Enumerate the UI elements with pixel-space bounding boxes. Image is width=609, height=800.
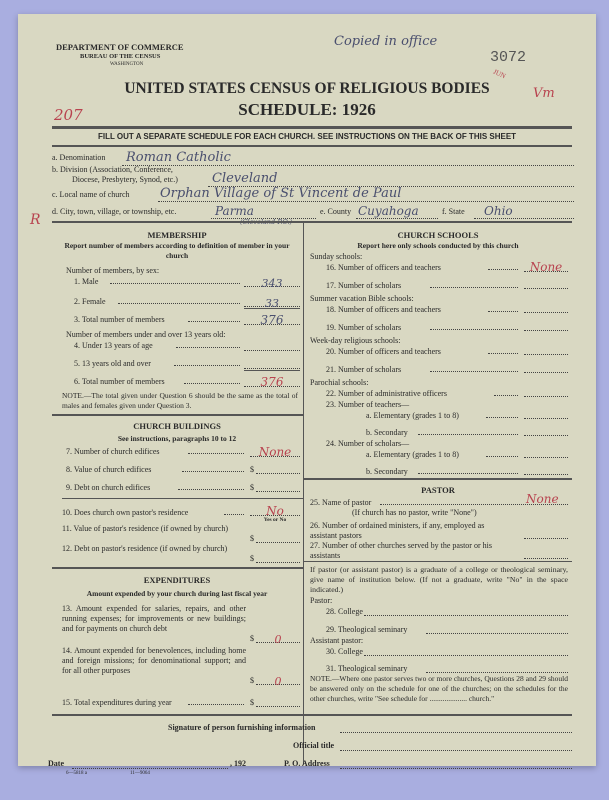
state-field[interactable]: Ohio: [474, 207, 574, 219]
q9-field[interactable]: [256, 481, 300, 492]
q17-field[interactable]: [524, 278, 568, 289]
q6-field[interactable]: 376: [244, 373, 300, 387]
q2-field[interactable]: 33: [244, 294, 300, 307]
po-address-field[interactable]: [340, 758, 572, 769]
signature-field[interactable]: [340, 722, 572, 733]
weekday-schools-label: Week-day religious schools:: [310, 336, 400, 346]
q5-field[interactable]: [244, 356, 300, 369]
q27-label: 27. Number of other churches served by t…: [310, 541, 510, 561]
q7-value: None: [259, 445, 292, 459]
q1-leader: [110, 283, 240, 284]
q14-label: 14. Amount expended for benevolences, in…: [62, 646, 246, 676]
sum-line: [244, 308, 300, 309]
q19-field[interactable]: [524, 320, 568, 331]
buildings-title: CHURCH BUILDINGS: [52, 421, 302, 431]
q30-field[interactable]: [364, 645, 568, 656]
form-code-2: 11—9064: [130, 771, 150, 776]
q28-label: 28. College: [326, 607, 363, 617]
yes-or-no-hint: Yes or No: [250, 517, 300, 523]
by-age-label: Number of members under and over 13 year…: [66, 330, 226, 340]
q12-field[interactable]: [256, 552, 300, 563]
q23a-leader: [486, 417, 518, 418]
census-schedule-sheet: DEPARTMENT OF COMMERCE BUREAU OF THE CEN…: [18, 14, 596, 766]
header-rule: [52, 126, 572, 129]
column-divider: [303, 223, 304, 765]
q2-label: 2. Female: [74, 297, 106, 307]
schools-desc: Report here only schools conducted by th…: [308, 241, 568, 250]
q4-label: 4. Under 13 years of age: [74, 341, 153, 351]
q18-label: 18. Number of officers and teachers: [326, 305, 441, 315]
q17-label: 17. Number of scholars: [326, 281, 401, 291]
q9-dollar: $: [250, 483, 254, 493]
q31-label: 31. Theological seminary: [326, 664, 407, 674]
division-label-1: b. Division (Association, Conference,: [52, 165, 173, 175]
q4-leader: [176, 347, 240, 348]
bureau-heading: BUREAU OF THE CENSUS: [80, 53, 160, 60]
q2-leader: [118, 303, 240, 304]
church-name-value: Orphan Village of St Vincent de Paul: [160, 186, 401, 201]
q1-label: 1. Male: [74, 277, 98, 287]
q16-leader: [488, 269, 518, 270]
q1-field[interactable]: 343: [244, 274, 300, 287]
q27-field[interactable]: [524, 548, 568, 559]
q24a-field[interactable]: [524, 447, 568, 458]
q6-value: 376: [261, 375, 284, 389]
q16-label: 16. Number of officers and teachers: [326, 263, 441, 273]
q26-label: 26. Number of ordained ministers, if any…: [310, 521, 510, 541]
denomination-value: Roman Catholic: [126, 150, 231, 165]
q13-value: 0: [275, 633, 282, 646]
q24b-label: b. Secondary: [366, 467, 408, 477]
by-sex-label: Number of members, by sex:: [66, 266, 159, 276]
red-r-mark: R: [30, 212, 41, 228]
signature-label: Signature of person furnishing informati…: [168, 723, 315, 733]
q1-value: 343: [262, 277, 283, 290]
q12-label: 12. Debt on pastor's residence (if owned…: [62, 544, 248, 554]
q22-label: 22. Number of administrative officers: [326, 389, 447, 399]
q9-leader: [178, 489, 244, 490]
q8-leader: [182, 471, 244, 472]
division-value: Cleveland: [212, 171, 277, 186]
buildings-desc: See instructions, paragraphs 10 to 12: [52, 434, 302, 443]
sum-line-2: [244, 370, 300, 371]
q20-leader: [488, 353, 518, 354]
pastor-note: NOTE.—Where one pastor serves two or mor…: [310, 674, 568, 704]
q10-value: No: [266, 504, 284, 518]
q20-label: 20. Number of officers and teachers: [326, 347, 441, 357]
dept-heading: DEPARTMENT OF COMMERCE: [56, 42, 184, 52]
red-mark-left: 207: [54, 106, 83, 124]
q26-field[interactable]: [524, 528, 568, 539]
q7-leader: [188, 453, 244, 454]
copied-in-office-annotation: Copied in office: [334, 34, 437, 49]
q8-label: 8. Value of church edifices: [66, 465, 151, 475]
q21-leader: [430, 371, 518, 372]
division-label-2: Diocese, Presbytery, Synod, etc.): [72, 175, 178, 185]
q6-label: 6. Total number of members: [74, 377, 165, 387]
county-field[interactable]: Cuyahoga: [356, 207, 438, 219]
q3-label: 3. Total number of members: [74, 315, 165, 325]
q13-label: 13. Amount expended for salaries, repair…: [62, 604, 246, 634]
assistant-pastor-label: Assistant pastor:: [310, 636, 363, 646]
q16-field[interactable]: None: [524, 258, 568, 272]
q15-dollar: $: [250, 698, 254, 708]
identity-rule: [52, 221, 572, 223]
date-year-prefix: , 192: [230, 759, 246, 769]
q30-label: 30. College: [326, 647, 363, 657]
q11-dollar: $: [250, 534, 254, 544]
q29-field[interactable]: [426, 623, 568, 634]
q24b-leader: [418, 473, 518, 474]
summer-schools-label: Summer vacation Bible schools:: [310, 294, 414, 304]
q6-leader: [184, 383, 240, 384]
pastor-rule: [303, 561, 572, 562]
q21-field[interactable]: [524, 362, 568, 373]
q4-field[interactable]: [244, 338, 300, 351]
q24a-leader: [486, 456, 518, 457]
q8-dollar: $: [250, 465, 254, 475]
instruction-rule: [52, 145, 572, 147]
po-address-label: P. O. Address: [284, 759, 330, 769]
q11-label: 11. Value of pastor's residence (if owne…: [62, 524, 248, 534]
q24b-field[interactable]: [524, 464, 568, 475]
q10-label: 10. Does church own pastor's residence: [62, 508, 188, 518]
schools-rule: [303, 478, 572, 480]
q23a-label: a. Elementary (grades 1 to 8): [366, 411, 459, 421]
q15-field[interactable]: [256, 696, 300, 707]
membership-desc: Report number of members according to de…: [62, 241, 292, 261]
q9-label: 9. Debt on church edifices: [66, 483, 150, 493]
q11-field[interactable]: [256, 532, 300, 543]
county-value: Cuyahoga: [358, 204, 419, 218]
expenditures-title: EXPENDITURES: [52, 575, 302, 585]
county-label: e. County: [320, 207, 351, 217]
q20-field[interactable]: [524, 344, 568, 355]
parochial-schools-label: Parochial schools:: [310, 378, 368, 388]
q14-value: 0: [275, 675, 282, 688]
q22-leader: [494, 395, 518, 396]
form-title: UNITED STATES CENSUS OF RELIGIOUS BODIES: [18, 80, 596, 98]
q25-value: None: [526, 492, 559, 506]
q5-label: 5. 13 years old and over: [74, 359, 151, 369]
fill-out-instruction: FILL OUT A SEPARATE SCHEDULE FOR EACH CH…: [18, 132, 596, 141]
official-title-field[interactable]: [340, 740, 572, 751]
buildings-bottom-rule: [52, 567, 303, 569]
q17-leader: [430, 287, 518, 288]
q7-label: 7. Number of church edifices: [66, 447, 160, 457]
schools-title: CHURCH SCHOOLS: [308, 230, 568, 240]
q18-field[interactable]: [524, 302, 568, 313]
official-title-label: Official title: [293, 741, 334, 751]
membership-title: MEMBERSHIP: [52, 230, 302, 240]
q31-field[interactable]: [426, 662, 568, 673]
q24a-label: a. Elementary (grades 1 to 8): [366, 450, 459, 460]
denomination-field[interactable]: Roman Catholic: [122, 153, 574, 166]
q19-leader: [430, 329, 518, 330]
q5-leader: [174, 365, 240, 366]
q29-label: 29. Theological seminary: [326, 625, 407, 635]
q14-dollar: $: [250, 676, 254, 686]
stamp-date: JUN: [492, 68, 507, 81]
membership-rule: [52, 414, 303, 416]
q22-field[interactable]: [524, 386, 568, 397]
form-subtitle: SCHEDULE: 1926: [18, 100, 596, 120]
q23-label: 23. Number of teachers—: [326, 400, 409, 410]
city-value: Parma: [215, 204, 254, 218]
q25-label: 25. Name of pastor: [310, 498, 371, 508]
form-code-1: 6—5818 a: [66, 771, 87, 776]
q24-label: 24. Number of scholars—: [326, 439, 409, 449]
q15-leader: [188, 704, 244, 705]
q13-dollar: $: [250, 634, 254, 644]
church-name-label: c. Local name of church: [52, 190, 130, 200]
q16-value: None: [530, 260, 563, 274]
date-label: Date: [48, 759, 64, 769]
q14-field[interactable]: 0: [256, 672, 300, 685]
sunday-schools-label: Sunday schools:: [310, 252, 362, 262]
buildings-rule: [62, 498, 303, 499]
q8-field[interactable]: [256, 463, 300, 474]
city-label: d. City, town, village, or township, etc…: [52, 207, 176, 217]
date-field[interactable]: [72, 758, 228, 769]
q21-label: 21. Number of scholars: [326, 365, 401, 375]
q12-dollar: $: [250, 554, 254, 564]
q23a-field[interactable]: [524, 408, 568, 419]
graduate-note: If pastor (or assistant pastor) is a gra…: [310, 565, 568, 595]
footer-rule: [52, 714, 572, 716]
q23b-field[interactable]: [524, 425, 568, 436]
q25-field[interactable]: None: [380, 494, 568, 505]
q19-label: 19. Number of scholars: [326, 323, 401, 333]
pastor-section-label: Pastor:: [310, 596, 332, 606]
q3-value: 376: [261, 313, 284, 327]
q13-field[interactable]: 0: [256, 630, 300, 643]
q23b-leader: [418, 434, 518, 435]
q10-field[interactable]: No: [250, 502, 300, 516]
church-name-field[interactable]: Orphan Village of St Vincent de Paul: [158, 189, 574, 202]
city-heading: WASHINGTON: [110, 62, 143, 67]
q10-leader: [224, 514, 244, 515]
stamp-number: 3072: [490, 49, 526, 66]
q18-leader: [488, 311, 518, 312]
state-value: Ohio: [484, 204, 513, 218]
denomination-label: a. Denomination: [52, 153, 105, 163]
q23b-label: b. Secondary: [366, 428, 408, 438]
q15-label: 15. Total expenditures during year: [62, 698, 172, 708]
state-label: f. State: [442, 207, 465, 217]
expenditures-desc: Amount expended by your church during la…: [52, 589, 302, 598]
q3-leader: [188, 321, 240, 322]
q7-field[interactable]: None: [250, 443, 300, 457]
q25-note: (If church has no pastor, write "None"): [352, 508, 477, 518]
q28-field[interactable]: [364, 605, 568, 616]
q3-field[interactable]: 376: [244, 311, 300, 325]
membership-note: NOTE.—The total given under Question 6 s…: [62, 391, 298, 411]
